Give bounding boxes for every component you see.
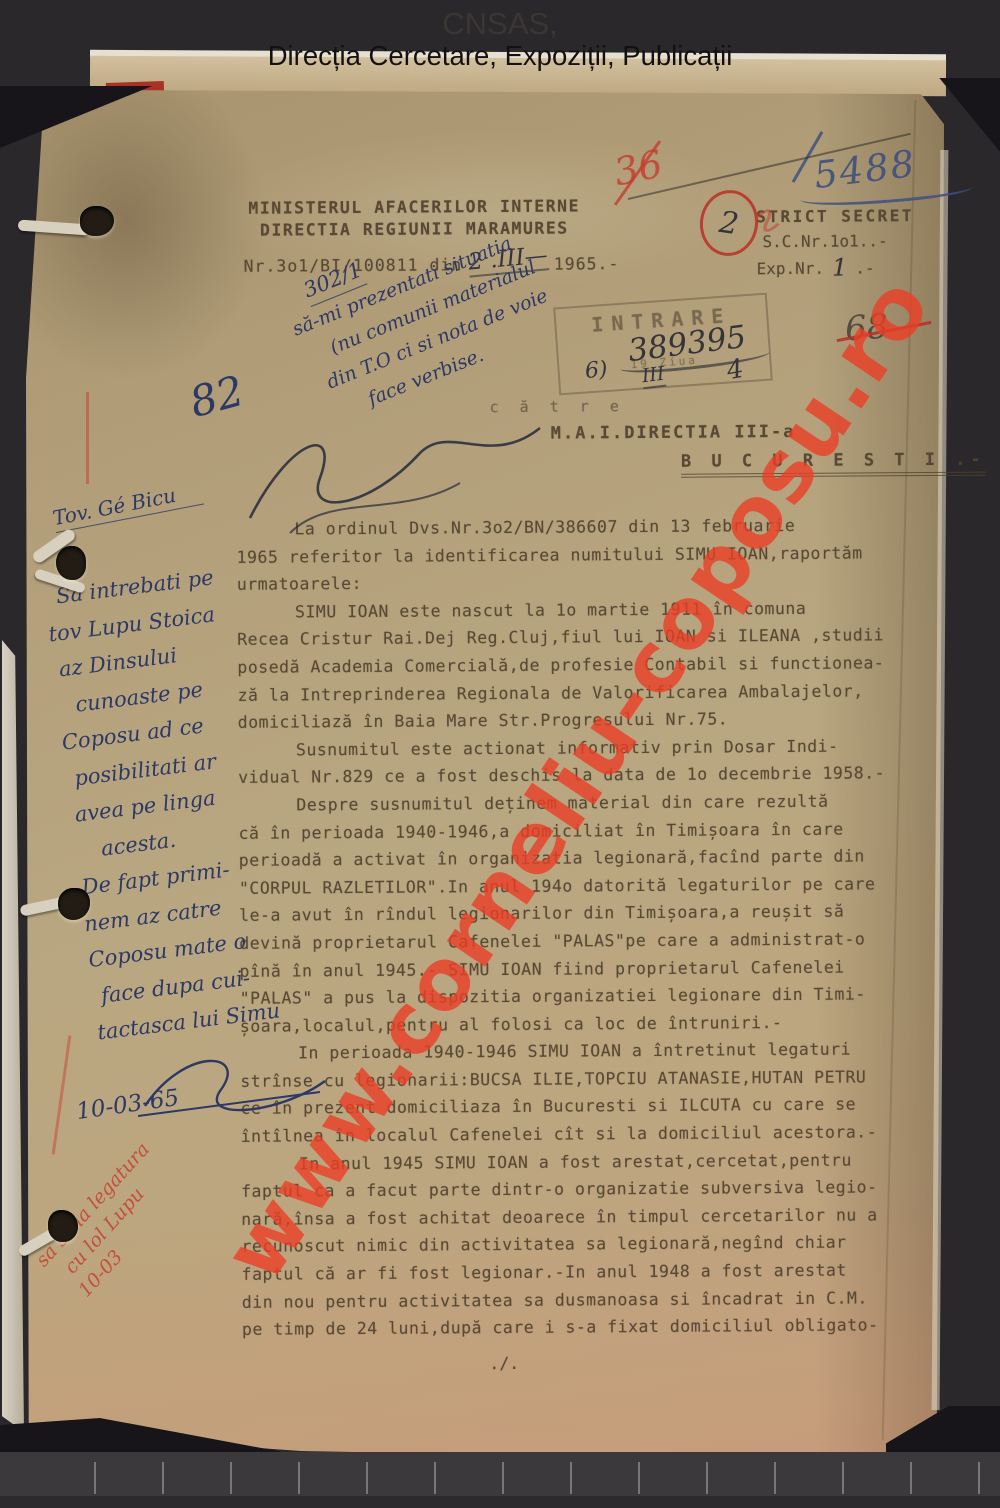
red-pen-stroke <box>86 392 89 484</box>
signature-flourish-top <box>230 398 560 538</box>
stamp-left-figure: 6) <box>584 357 609 384</box>
caption-org: CNSAS, <box>0 6 1000 42</box>
exemplar-value-handwritten: 1 <box>832 256 847 281</box>
caption-dept: Direcția Cercetare, Expoziții, Publicați… <box>0 40 1000 72</box>
document-body: La ordinul Dvs.Nr.3o2/BN/386607 din 13 f… <box>236 511 932 1344</box>
stamp-month: III <box>641 363 666 390</box>
sc-number: S.C.Nr.1o1..- <box>762 228 914 254</box>
binding-hole <box>56 546 86 580</box>
ruler-shadow <box>0 1496 1000 1508</box>
continuation-mark: ./. <box>459 1354 549 1374</box>
scanned-document-page: MINISTERUL AFACERILOR INTERNE DIRECTIA R… <box>0 0 1000 1508</box>
circled-number-value: 2 <box>717 204 741 241</box>
table-edge-ruler <box>0 1452 1000 1508</box>
exemplar-prefix: Exp.Nr. <box>757 256 825 281</box>
binding-hole <box>48 1210 78 1242</box>
ruler-ticks <box>28 1462 1000 1494</box>
